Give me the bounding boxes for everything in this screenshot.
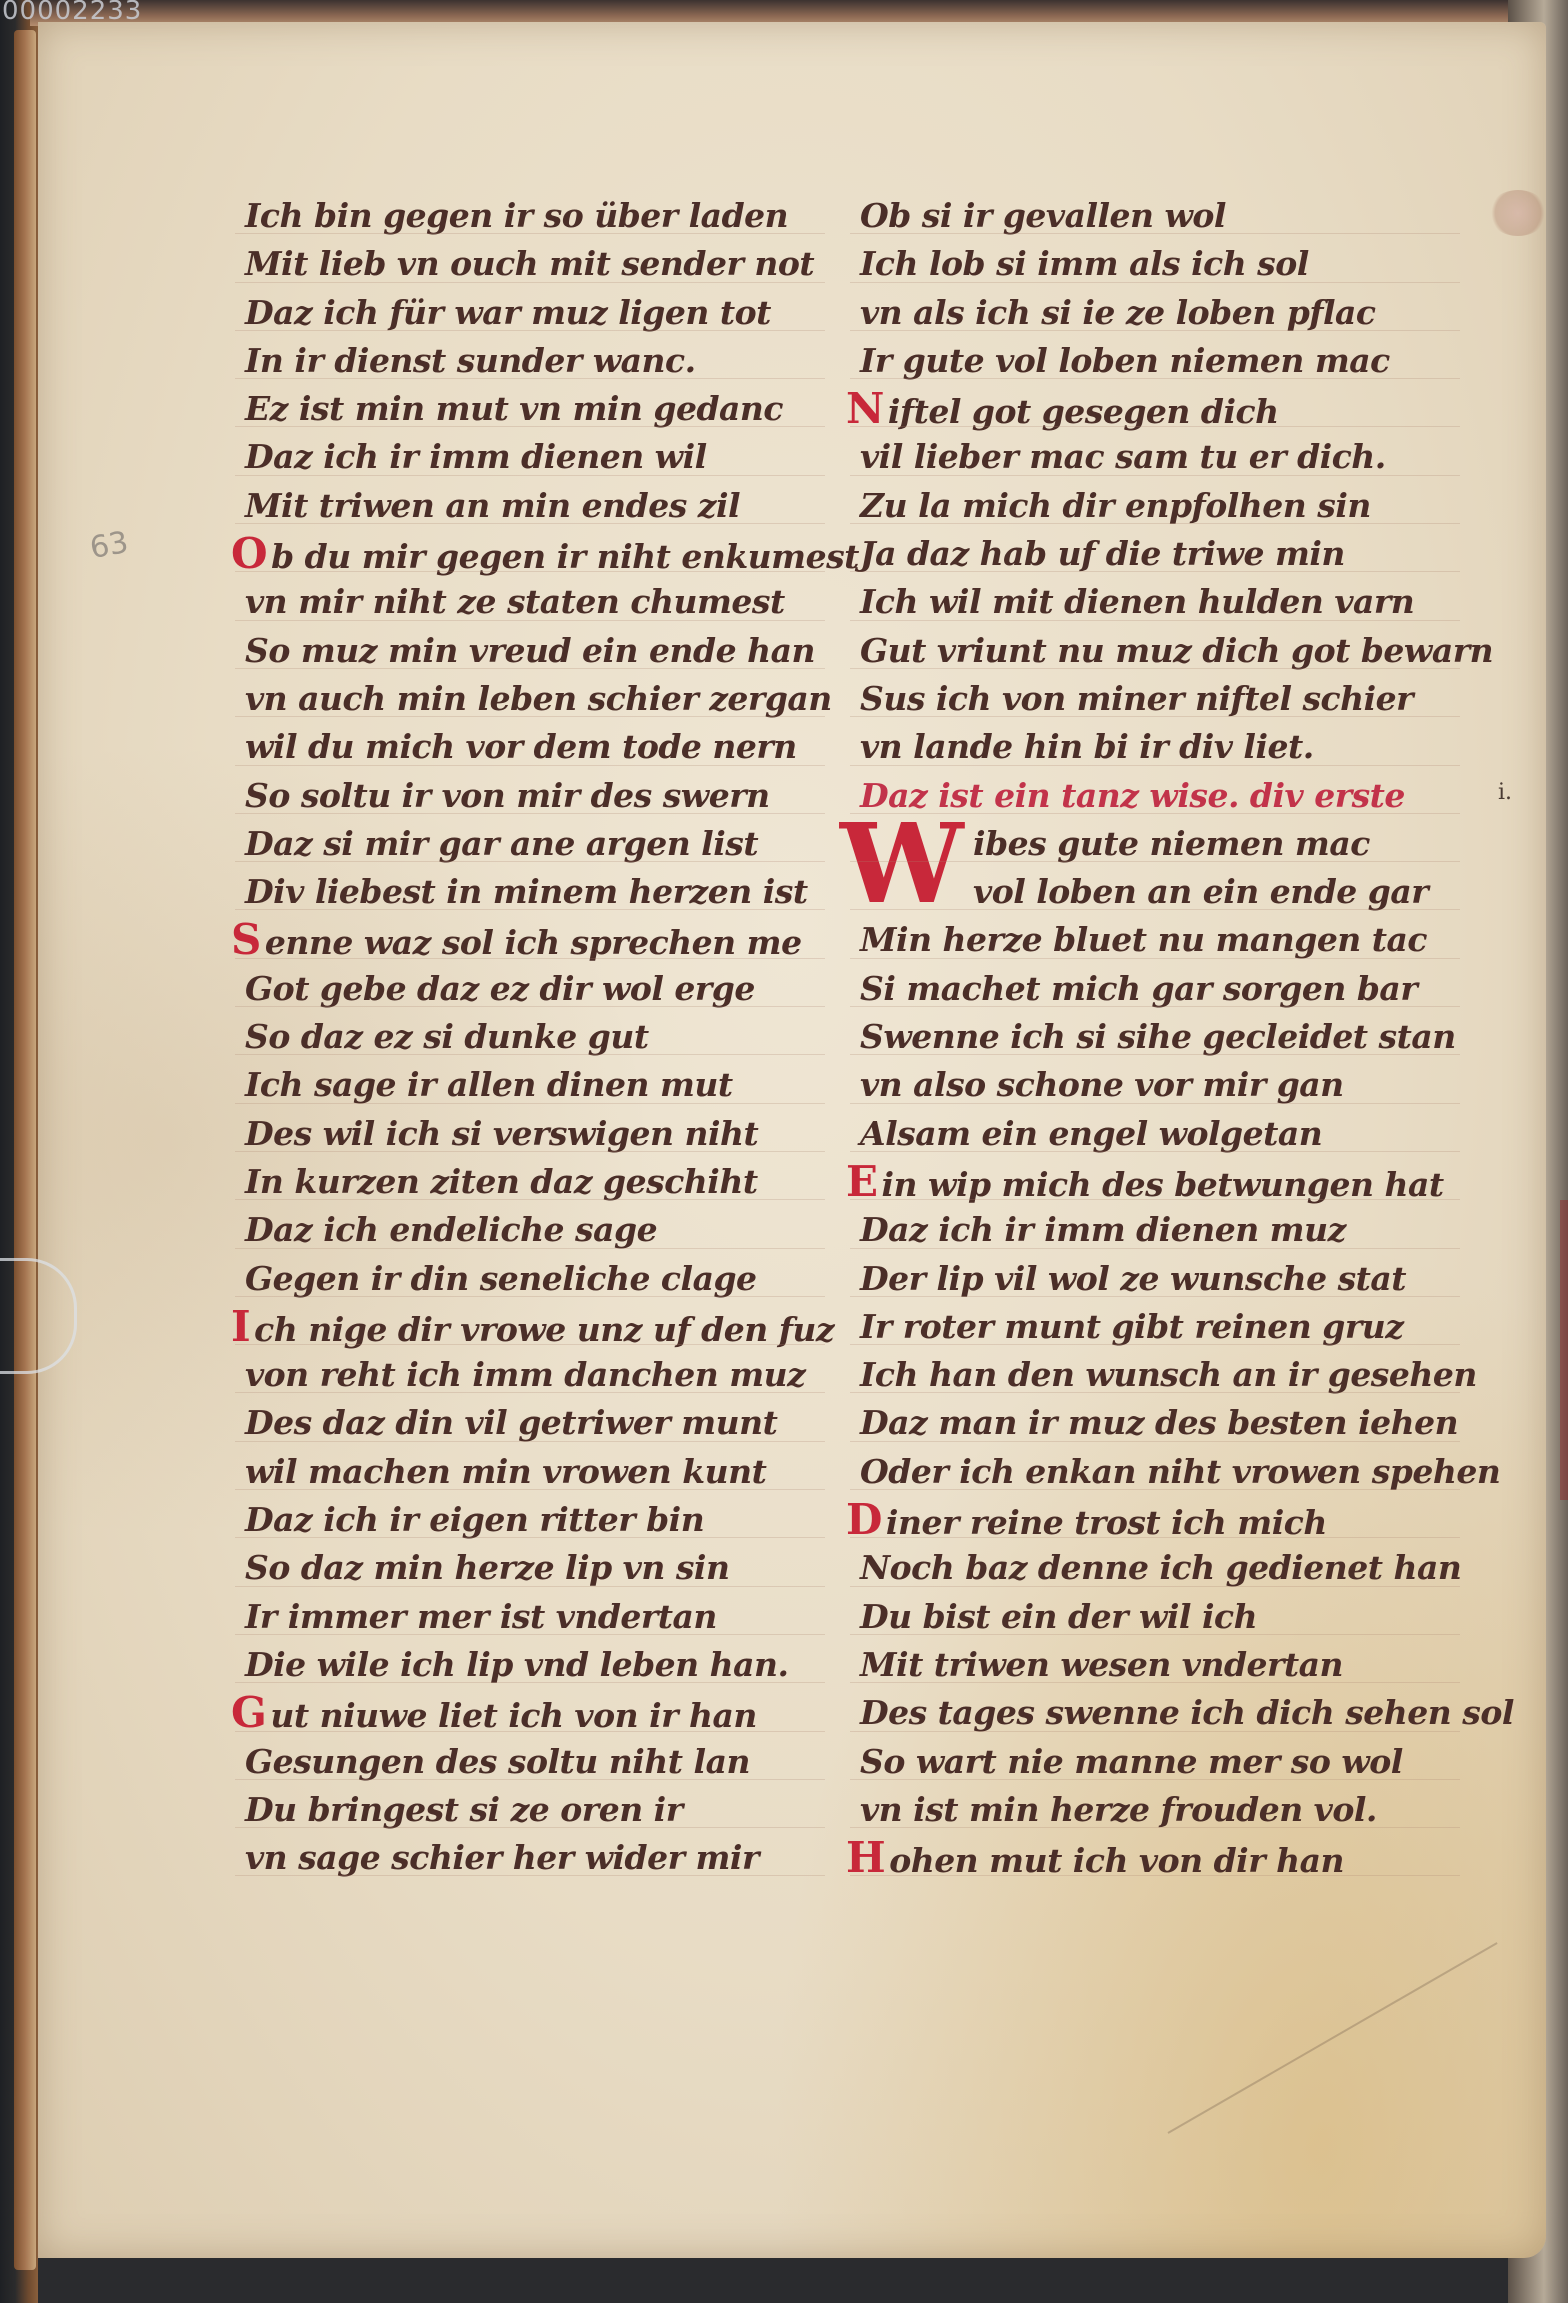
verse-line: So muz min vreud ein ende han bbox=[245, 627, 825, 675]
right-text-column: Ob si ir gevallen wolIch lob si imm als … bbox=[860, 192, 1460, 1882]
verse-text: iftel got gesegen dich bbox=[888, 392, 1279, 431]
verse-text: Ob si ir gevallen wol bbox=[860, 196, 1226, 235]
verse-line: So wart nie manne mer so wol bbox=[860, 1738, 1460, 1786]
verse-line: Daz ich endeliche sage bbox=[245, 1206, 825, 1254]
verse-line: Daz man ir muz des besten iehen bbox=[860, 1399, 1460, 1447]
verse-text: ch nige dir vrowe unz uf den fuz bbox=[254, 1310, 834, 1349]
verse-line: wil du mich vor dem tode nern bbox=[245, 723, 825, 771]
verse-text: Ir immer mer ist vndertan bbox=[245, 1597, 717, 1636]
rubricated-initial: D bbox=[846, 1495, 882, 1544]
verse-text: Der lip vil wol ze wunsche stat bbox=[860, 1259, 1406, 1298]
verse-text: ibes gute niemen mac bbox=[973, 824, 1370, 863]
verse-text: ohen mut ich von dir han bbox=[889, 1841, 1344, 1880]
parchment-crease bbox=[1168, 1942, 1498, 2134]
verse-line: vil lieber mac sam tu er dich. bbox=[860, 433, 1460, 481]
verse-text: In ir dienst sunder wanc. bbox=[245, 341, 696, 380]
verse-text: vn lande hin bi ir div liet. bbox=[860, 727, 1314, 766]
verse-text: Alsam ein engel wolgetan bbox=[860, 1114, 1322, 1153]
verse-line: Diner reine trost ich mich bbox=[860, 1496, 1460, 1544]
verse-text: Got gebe daz ez dir wol erge bbox=[245, 969, 755, 1008]
verse-line: Got gebe daz ez dir wol erge bbox=[245, 965, 825, 1013]
verse-text: Ja daz hab uf die triwe min bbox=[860, 534, 1345, 573]
verse-text: Min herze bluet nu mangen tac bbox=[860, 920, 1427, 959]
parchment-stain bbox=[1488, 190, 1548, 236]
verse-text: Ir gute vol loben niemen mac bbox=[860, 341, 1390, 380]
verse-line: Du bringest si ze oren ir bbox=[245, 1786, 825, 1834]
verse-text: vn mir niht ze staten chumest bbox=[245, 582, 785, 621]
verse-line: Ein wip mich des betwungen hat bbox=[860, 1158, 1460, 1206]
rubricated-initial: H bbox=[846, 1833, 885, 1882]
verse-line: Min herze bluet nu mangen tac bbox=[860, 916, 1460, 964]
verse-text: Mit lieb vn ouch mit sender not bbox=[245, 244, 814, 283]
verse-text: Ich bin gegen ir so über laden bbox=[245, 196, 788, 235]
adjacent-page-edge bbox=[1560, 1200, 1568, 1500]
verse-text: Daz ich ir imm dienen wil bbox=[245, 437, 707, 476]
verse-text: In kurzen ziten daz geschiht bbox=[245, 1162, 758, 1201]
verse-line: Ir roter munt gibt reinen gruz bbox=[860, 1303, 1460, 1351]
verse-line: vn lande hin bi ir div liet. bbox=[860, 723, 1460, 771]
verse-line: Gegen ir din seneliche clage bbox=[245, 1255, 825, 1303]
verse-line: Daz ich ir imm dienen wil bbox=[245, 433, 825, 481]
verse-text: von reht ich imm danchen muz bbox=[245, 1355, 805, 1394]
verse-text: Ez ist min mut vn min gedanc bbox=[245, 389, 783, 428]
verse-text: Swenne ich si sihe gecleidet stan bbox=[860, 1017, 1456, 1056]
verse-text: vn sage schier her wider mir bbox=[245, 1838, 759, 1877]
verse-text: in wip mich des betwungen hat bbox=[882, 1165, 1444, 1204]
verse-line: Alsam ein engel wolgetan bbox=[860, 1110, 1460, 1158]
verse-line: Des tages swenne ich dich sehen sol bbox=[860, 1689, 1460, 1737]
verse-text: b du mir gegen ir niht enkumest bbox=[271, 537, 859, 576]
verse-text: iner reine trost ich mich bbox=[886, 1503, 1327, 1542]
verse-text: Du bist ein der wil ich bbox=[860, 1597, 1257, 1636]
verse-line: Ich lob si imm als ich sol bbox=[860, 240, 1460, 288]
verse-text: vol loben an ein ende gar bbox=[973, 872, 1428, 911]
verse-text: Gut vriunt nu muz dich got bewarn bbox=[860, 631, 1493, 670]
verse-text: Daz ich für war muz ligen tot bbox=[245, 293, 771, 332]
verse-text: enne waz sol ich sprechen me bbox=[265, 923, 802, 962]
verse-text: ut niuwe liet ich von ir han bbox=[270, 1696, 757, 1735]
verse-text: Daz ich ir eigen ritter bin bbox=[245, 1500, 704, 1539]
verse-line: vn also schone vor mir gan bbox=[860, 1061, 1460, 1109]
verse-line: Ez ist min mut vn min gedanc bbox=[245, 385, 825, 433]
left-text-column: Ich bin gegen ir so über ladenMit lieb v… bbox=[245, 192, 825, 1882]
verse-text: Gegen ir din seneliche clage bbox=[245, 1259, 757, 1298]
verse-text: Die wile ich lip vnd leben han. bbox=[245, 1645, 789, 1684]
verse-line: Ob si ir gevallen wol bbox=[860, 192, 1460, 240]
rubricated-initial: I bbox=[231, 1302, 250, 1351]
verse-text: Daz man ir muz des besten iehen bbox=[860, 1403, 1458, 1442]
verse-text: Ich lob si imm als ich sol bbox=[860, 244, 1309, 283]
verse-line: So daz ez si dunke gut bbox=[245, 1013, 825, 1061]
verse-text: vn auch min leben schier zergan bbox=[245, 679, 832, 718]
verse-text: vn ist min herze frouden vol. bbox=[860, 1790, 1377, 1829]
scan-image-label: 00002233 bbox=[2, 0, 142, 26]
verse-text: vn also schone vor mir gan bbox=[860, 1065, 1344, 1104]
verse-line: Div liebest in minem herzen ist bbox=[245, 868, 825, 916]
verse-line: Ich bin gegen ir so über laden bbox=[245, 192, 825, 240]
verse-line: Des wil ich si verswigen niht bbox=[245, 1110, 825, 1158]
verse-line: von reht ich imm danchen muz bbox=[245, 1351, 825, 1399]
verse-line: So daz min herze lip vn sin bbox=[245, 1544, 825, 1592]
verse-text: Des daz din vil getriwer munt bbox=[245, 1403, 777, 1442]
verse-text: So daz ez si dunke gut bbox=[245, 1017, 649, 1056]
verse-line: Ir gute vol loben niemen mac bbox=[860, 337, 1460, 385]
verse-line: vn ist min herze frouden vol. bbox=[860, 1786, 1460, 1834]
verse-line: Swenne ich si sihe gecleidet stan bbox=[860, 1013, 1460, 1061]
verse-line: Oder ich enkan niht vrowen spehen bbox=[860, 1448, 1460, 1496]
verse-line: In kurzen ziten daz geschiht bbox=[245, 1158, 825, 1206]
verse-line: Mit triwen an min endes zil bbox=[245, 482, 825, 530]
verse-text: vil lieber mac sam tu er dich. bbox=[860, 437, 1386, 476]
verse-line: vn sage schier her wider mir bbox=[245, 1834, 825, 1882]
verse-line: vn mir niht ze staten chumest bbox=[245, 578, 825, 626]
verse-text: Oder ich enkan niht vrowen spehen bbox=[860, 1452, 1500, 1491]
verse-text: So wart nie manne mer so wol bbox=[860, 1742, 1403, 1781]
verse-text: Des tages swenne ich dich sehen sol bbox=[860, 1693, 1514, 1732]
verse-line: Gut niuwe liet ich von ir han bbox=[245, 1689, 825, 1737]
verse-text: vn als ich si ie ze loben pflac bbox=[860, 293, 1375, 332]
verse-line: Zu la mich dir enpfolhen sin bbox=[860, 482, 1460, 530]
verse-line: In ir dienst sunder wanc. bbox=[245, 337, 825, 385]
quire-mark: i. bbox=[1498, 780, 1512, 805]
verse-text: So daz min herze lip vn sin bbox=[245, 1548, 729, 1587]
verse-text: Sus ich von miner niftel schier bbox=[860, 679, 1413, 718]
rubricated-initial: N bbox=[846, 384, 884, 433]
rubricated-initial: O bbox=[231, 529, 267, 578]
verse-line: Ich sage ir allen dinen mut bbox=[245, 1061, 825, 1109]
verse-text: Si machet mich gar sorgen bar bbox=[860, 969, 1417, 1008]
verse-line: Ich han den wunsch an ir gesehen bbox=[860, 1351, 1460, 1399]
verse-text: Mit triwen an min endes zil bbox=[245, 486, 740, 525]
verse-line: vol loben an ein ende gar bbox=[860, 868, 1460, 916]
verse-line: Wibes gute niemen mac bbox=[860, 820, 1460, 868]
verse-line: Daz ich ir imm dienen muz bbox=[860, 1206, 1460, 1254]
verse-text: Gesungen des soltu niht lan bbox=[245, 1742, 750, 1781]
rubricated-initial: S bbox=[231, 915, 261, 964]
verse-line: Noch baz denne ich gedienet han bbox=[860, 1544, 1460, 1592]
verse-text: wil du mich vor dem tode nern bbox=[245, 727, 797, 766]
verse-line: Hohen mut ich von dir han bbox=[860, 1834, 1460, 1882]
folio-number: 63 bbox=[87, 525, 131, 566]
verse-line: Des daz din vil getriwer munt bbox=[245, 1399, 825, 1447]
verse-line: Sus ich von miner niftel schier bbox=[860, 675, 1460, 723]
verse-line: Senne waz sol ich sprechen me bbox=[245, 916, 825, 964]
verse-text: Daz ich ir imm dienen muz bbox=[860, 1210, 1346, 1249]
rubricated-initial: E bbox=[846, 1157, 878, 1206]
verse-text: Ir roter munt gibt reinen gruz bbox=[860, 1307, 1403, 1346]
verse-line: Die wile ich lip vnd leben han. bbox=[245, 1641, 825, 1689]
verse-text: wil machen min vrowen kunt bbox=[245, 1452, 766, 1491]
verse-line: Daz ich ir eigen ritter bin bbox=[245, 1496, 825, 1544]
verse-text: Daz si mir gar ane argen list bbox=[245, 824, 758, 863]
verse-line: Gesungen des soltu niht lan bbox=[245, 1738, 825, 1786]
verse-line: Gut vriunt nu muz dich got bewarn bbox=[860, 627, 1460, 675]
spine-strip bbox=[14, 30, 36, 2270]
verse-line: Du bist ein der wil ich bbox=[860, 1593, 1460, 1641]
verse-line: Daz si mir gar ane argen list bbox=[245, 820, 825, 868]
verse-text: Ich wil mit dienen hulden varn bbox=[860, 582, 1414, 621]
verse-text: Ich sage ir allen dinen mut bbox=[245, 1065, 733, 1104]
verse-line: Der lip vil wol ze wunsche stat bbox=[860, 1255, 1460, 1303]
verse-text: Mit triwen wesen vndertan bbox=[860, 1645, 1343, 1684]
verse-line: Mit triwen wesen vndertan bbox=[860, 1641, 1460, 1689]
verse-line: Ir immer mer ist vndertan bbox=[245, 1593, 825, 1641]
verse-text: Div liebest in minem herzen ist bbox=[245, 872, 808, 911]
verse-line: Niftel got gesegen dich bbox=[860, 385, 1460, 433]
verse-line: Mit lieb vn ouch mit sender not bbox=[245, 240, 825, 288]
verse-text: Des wil ich si verswigen niht bbox=[245, 1114, 758, 1153]
verse-text: So soltu ir von mir des swern bbox=[245, 776, 770, 815]
verse-line: Ich wil mit dienen hulden varn bbox=[860, 578, 1460, 626]
verse-line: Ich nige dir vrowe unz uf den fuz bbox=[245, 1303, 825, 1351]
verse-line: Daz ich für war muz ligen tot bbox=[245, 289, 825, 337]
rubricated-initial: G bbox=[231, 1688, 266, 1737]
verse-line: vn als ich si ie ze loben pflac bbox=[860, 289, 1460, 337]
verse-text: Daz ich endeliche sage bbox=[245, 1210, 657, 1249]
verse-text: Noch baz denne ich gedienet han bbox=[860, 1548, 1461, 1587]
verse-line: Ja daz hab uf die triwe min bbox=[860, 530, 1460, 578]
verse-text: Du bringest si ze oren ir bbox=[245, 1790, 683, 1829]
verse-line: Si machet mich gar sorgen bar bbox=[860, 965, 1460, 1013]
verse-line: So soltu ir von mir des swern bbox=[245, 772, 825, 820]
verse-line: Ob du mir gegen ir niht enkumest bbox=[245, 530, 825, 578]
verse-text: Zu la mich dir enpfolhen sin bbox=[860, 486, 1371, 525]
verse-text: Ich han den wunsch an ir gesehen bbox=[860, 1355, 1477, 1394]
verse-line: wil machen min vrowen kunt bbox=[245, 1448, 825, 1496]
verse-line: vn auch min leben schier zergan bbox=[245, 675, 825, 723]
verse-text: So muz min vreud ein ende han bbox=[245, 631, 815, 670]
